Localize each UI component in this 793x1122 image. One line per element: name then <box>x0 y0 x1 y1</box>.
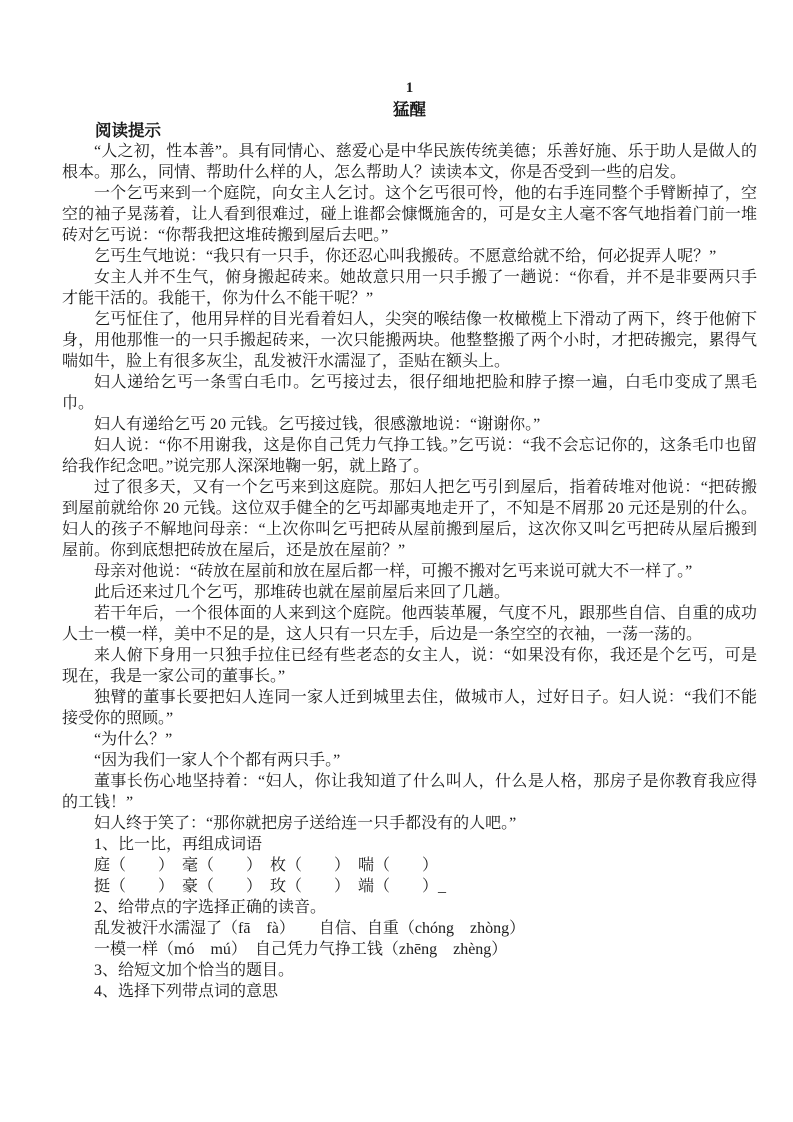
story-paragraph: 妇人递给乞丐一条雪白毛巾。乞丐接过去，很仔细地把脸和脖子擦一遍，白毛巾变成了黑毛… <box>62 372 757 414</box>
exercise-word-row-1: 庭（ ） 毫（ ） 枚（ ） 喘（ ） <box>62 855 757 876</box>
story-paragraph: 母亲对他说：“砖放在屋前和放在屋后都一样，可搬不搬对乞丐来说可就大不一样了。” <box>62 561 757 582</box>
exercise-question-4: 4、选择下列带点词的意思 <box>62 981 757 1002</box>
story-paragraph: 妇人终于笑了：“那你就把房子送给连一只手都没有的人吧。” <box>62 813 757 834</box>
story-paragraph: 乞丐怔住了，他用异样的目光看着妇人，尖突的喉结像一枚橄榄上下滑动了两下，终于他俯… <box>62 309 757 372</box>
exercise-question-3: 3、给短文加个恰当的题目。 <box>62 960 757 981</box>
exercise-word-row-2: 挺（ ） 豪（ ） 玫（ ） 端（ ）_ <box>62 876 757 897</box>
story-paragraph: 过了很多天，又有一个乞丐来到这庭院。那妇人把乞丐引到屋后，指着砖堆对他说：“把砖… <box>62 477 757 561</box>
exercise-question-1: 1、比一比，再组成词语 <box>62 834 757 855</box>
story-paragraph: 董事长伤心地坚持着：“妇人，你让我知道了什么叫人，什么是人格，那房子是你教育我应… <box>62 771 757 813</box>
story-paragraph: 妇人有递给乞丐 20 元钱。乞丐接过钱，很感激地说：“谢谢你。” <box>62 414 757 435</box>
story-paragraph: 女主人并不生气，俯身搬起砖来。她故意只用一只手搬了一趟说：“你看，并不是非要两只… <box>62 267 757 309</box>
story-body: “人之初，性本善”。具有同情心、慈爱心是中华民族传统美德；乐善好施、乐于助人是做… <box>62 141 757 834</box>
story-paragraph: 一个乞丐来到一个庭院，向女主人乞讨。这个乞丐很可怜，他的右手连同整个手臂断掉了，… <box>62 183 757 246</box>
story-paragraph: 若干年后，一个很体面的人来到这个庭院。他西装革履，气度不凡，跟那些自信、自重的成… <box>62 603 757 645</box>
story-paragraph: 妇人说：“你不用谢我，这是你自己凭力气挣工钱。”乞丐说：“我不会忘记你的，这条毛… <box>62 435 757 477</box>
story-paragraph: “人之初，性本善”。具有同情心、慈爱心是中华民族传统美德；乐善好施、乐于助人是做… <box>62 141 757 183</box>
story-paragraph: 独臂的董事长要把妇人连同一家人迁到城里去住，做城市人，过好日子。妇人说：“我们不… <box>62 687 757 729</box>
story-paragraph: 乞丐生气地说：“我只有一只手，你还忍心叫我搬砖。不愿意给就不给，何必捉弄人呢？” <box>62 246 757 267</box>
exercises-section: 1、比一比，再组成词语 庭（ ） 毫（ ） 枚（ ） 喘（ ） 挺（ ） 豪（ … <box>62 834 757 1002</box>
story-paragraph: 来人俯下身用一只独手拉住已经有些老态的女主人，说：“如果没有你，我还是个乞丐，可… <box>62 645 757 687</box>
exercise-pinyin-row-2: 一模一样（mó mú） 自己凭力气挣工钱（zhēng zhèng） <box>62 939 757 960</box>
lesson-number: 1 <box>62 78 757 99</box>
section-heading: 阅读提示 <box>62 120 757 141</box>
document-page: 1 猛醒 阅读提示 “人之初，性本善”。具有同情心、慈爱心是中华民族传统美德；乐… <box>62 78 757 1002</box>
story-paragraph: “因为我们一家人个个都有两只手。” <box>62 750 757 771</box>
story-paragraph: “为什么？” <box>62 729 757 750</box>
story-paragraph: 此后还来过几个乞丐，那堆砖也就在屋前屋后来回了几趟。 <box>62 582 757 603</box>
exercise-question-2: 2、给带点的字选择正确的读音。 <box>62 897 757 918</box>
page-title: 猛醒 <box>62 99 757 120</box>
exercise-pinyin-row-1: 乱发被汗水濡湿了（fā fà） 自信、自重（chóng zhòng） <box>62 918 757 939</box>
